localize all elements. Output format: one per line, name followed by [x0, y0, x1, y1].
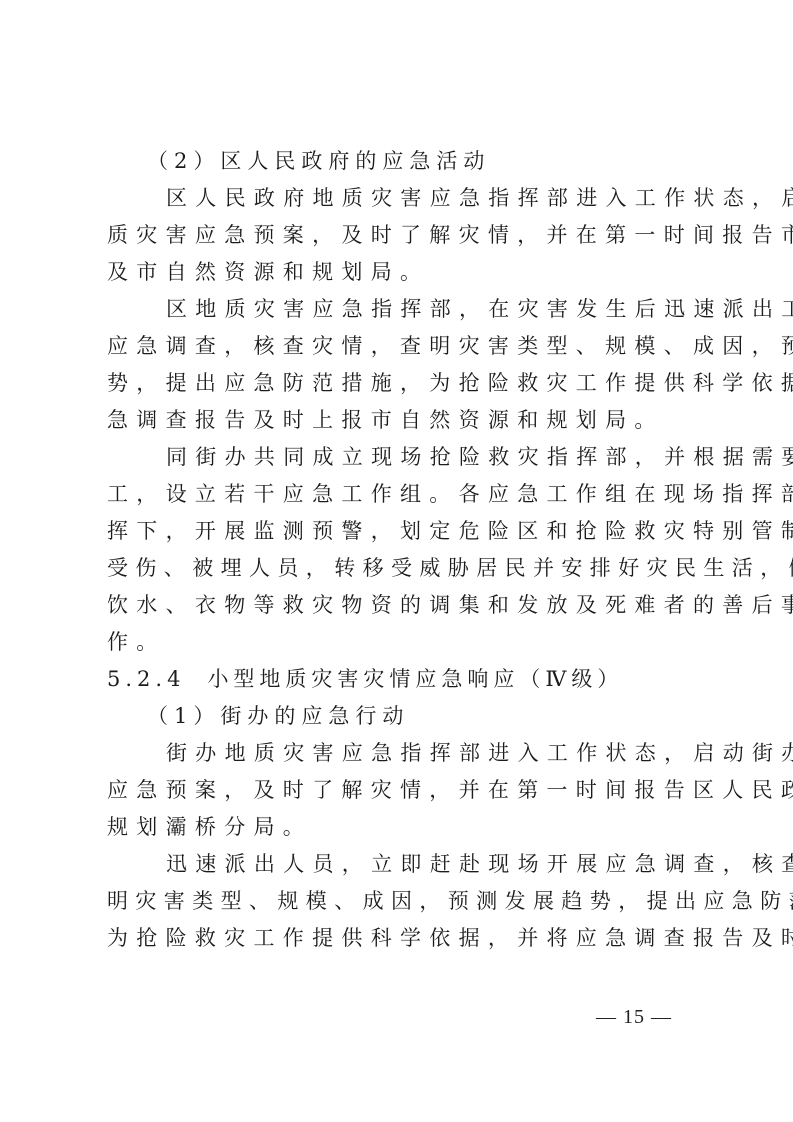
section-number: 5.2.4: [107, 667, 185, 691]
paragraph-line: 应急调查，核查灾情，查明灾害类型、规模、成因，预测发展趋: [107, 328, 703, 365]
paragraph-line: 同街办共同成立现场抢险救灾指挥部，并根据需要和部门分: [107, 439, 703, 476]
paragraph-line: 迅速派出人员，立即赶赴现场开展应急调查，核查灾情，查: [107, 846, 703, 883]
paragraph-line: 为抢险救灾工作提供科学依据，并将应急调查报告及时上报资源: [107, 920, 703, 957]
paragraph-line: 急调查报告及时上报市自然资源和规划局。: [107, 402, 703, 439]
paragraph-line: 饮水、衣物等救灾物资的调集和发放及死难者的善后事宜等工: [107, 587, 703, 624]
paragraph-line: 区人民政府地质灾害应急指挥部进入工作状态，启动区级地: [107, 180, 703, 217]
section-heading-5-2-4: 5.2.4小型地质灾害灾情应急响应（Ⅳ级）: [107, 661, 703, 698]
paragraph-line: 及市自然资源和规划局。: [107, 254, 703, 291]
paragraph-line: 明灾害类型、规模、成因，预测发展趋势，提出应急防范措施，: [107, 883, 703, 920]
paragraph-line: 应急预案，及时了解灾情，并在第一时间报告区人民政府及资源: [107, 772, 703, 809]
paragraph-line: 挥下，开展监测预警，划定危险区和抢险救灾特别管制区，抢救: [107, 513, 703, 550]
body-text: （2）区人民政府的应急活动 区人民政府地质灾害应急指挥部进入工作状态，启动区级地…: [107, 143, 703, 957]
paragraph-line: 区地质灾害应急指挥部，在灾害发生后迅速派出工作组开展: [107, 291, 703, 328]
section-heading-street-actions: （1）街办的应急行动: [107, 698, 703, 735]
paragraph-line: 势，提出应急防范措施，为抢险救灾工作提供科学依据。并将应: [107, 365, 703, 402]
paragraph-line: 街办地质灾害应急指挥部进入工作状态，启动街办地质灾害: [107, 735, 703, 772]
section-heading-district-activities: （2）区人民政府的应急活动: [107, 143, 703, 180]
paragraph-line: 受伤、被埋人员，转移受威胁居民并安排好灾民生活，做好食品、: [107, 550, 703, 587]
paragraph-line: 规划灞桥分局。: [107, 809, 703, 846]
paragraph-line: 质灾害应急预案，及时了解灾情，并在第一时间报告市人民政府: [107, 217, 703, 254]
section-title: 小型地质灾害灾情应急响应（Ⅳ级）: [207, 667, 623, 691]
document-page: （2）区人民政府的应急活动 区人民政府地质灾害应急指挥部进入工作状态，启动区级地…: [0, 0, 793, 1122]
paragraph-line: 工，设立若干应急工作组。各应急工作组在现场指挥部的统一指: [107, 476, 703, 513]
page-number: — 15 —: [596, 1006, 676, 1029]
paragraph-line: 作。: [107, 624, 703, 661]
